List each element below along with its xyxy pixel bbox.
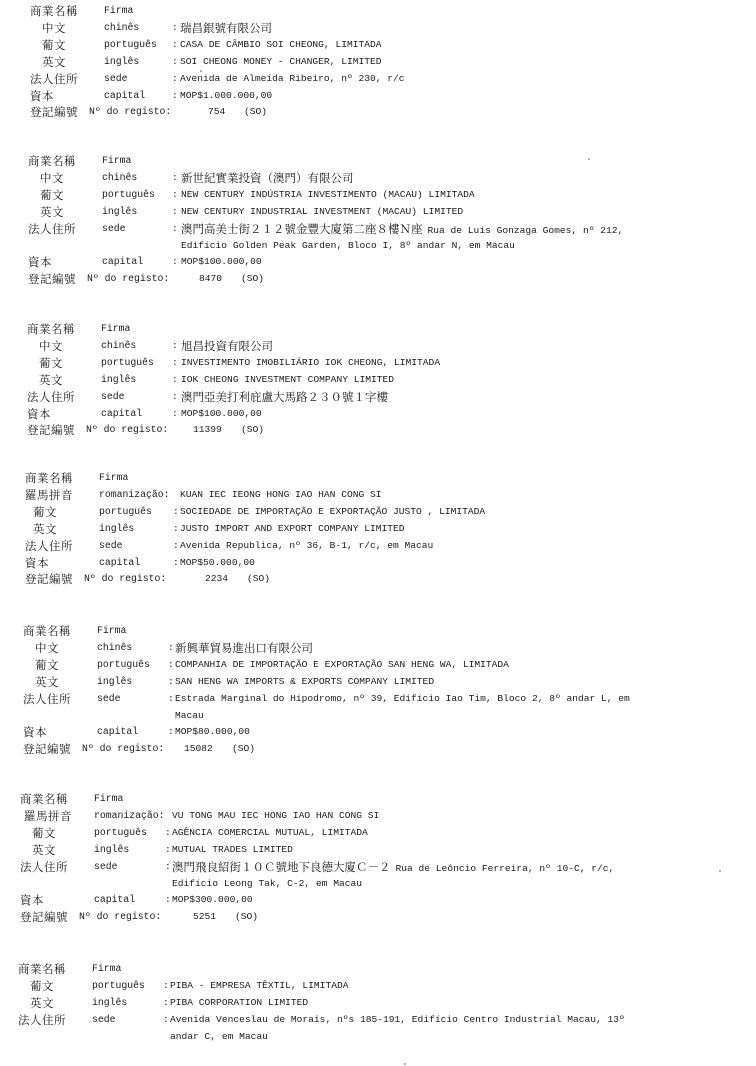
field-value-text: KUAN IEC IEONG HONG IAO HAN CONG SI: [180, 489, 382, 500]
registo-label-cn: 登記編號: [30, 104, 78, 120]
registo-label-pt: Nº do registo:: [86, 422, 168, 438]
field-value-text: AGÊNCIA COMERCIAL MUTUAL, LIMITADA: [172, 827, 368, 838]
field-value-text: MOP$300.000,00: [172, 894, 253, 905]
field-value-text: MOP$80.000,00: [175, 726, 250, 737]
field-value: VU TONG MAU IEC HONG IAO HAN CONG SI: [172, 808, 379, 824]
field-separator: :: [172, 71, 178, 87]
field-value: AGÊNCIA COMERCIAL MUTUAL, LIMITADA: [172, 825, 368, 841]
field-value: Avenida Venceslau de Morais, nºs 185-191…: [170, 1012, 625, 1028]
registo-number: 5251: [193, 909, 216, 925]
field-value: KUAN IEC IEONG HONG IAO HAN CONG SI: [180, 487, 382, 503]
firma-label-pt: Firma: [92, 961, 121, 977]
field-value-continuation: Edifício Leong Tak, C-2, em Macau: [172, 876, 362, 892]
field-label-pt: inglês: [101, 372, 136, 388]
field-value: Avenida Republica, nº 36, B-1, r/c, em M…: [180, 538, 433, 554]
field-label-pt: capital: [101, 406, 142, 422]
field-label-cn: 法人住所: [30, 71, 78, 87]
field-label-pt: chinês: [104, 20, 139, 36]
field-separator: :: [163, 978, 169, 994]
field-label-cn: 羅馬拼音: [24, 808, 72, 824]
field-value: 澳門飛良紹街１０Ｃ號地下良德大廈Ｃ－２Rua de Leôncio Ferrei…: [172, 859, 614, 877]
field-label-pt: chinês: [101, 338, 136, 354]
field-separator: :: [172, 170, 178, 186]
field-label-pt: sede: [104, 71, 128, 87]
field-value: 瑞昌銀號有限公司: [180, 20, 272, 38]
scan-speck: [719, 870, 721, 872]
field-value: 旭昌投資有限公司: [181, 338, 273, 356]
field-label-pt: português: [97, 657, 150, 673]
field-value-text: VU TONG MAU IEC HONG IAO HAN CONG SI: [172, 810, 379, 821]
field-value-text: 新世紀實業投資（澳門）有限公司: [181, 171, 354, 185]
field-value: PIBA CORPORATION LIMITED: [170, 995, 308, 1011]
registo-label-pt: Nº do registo:: [87, 271, 169, 287]
field-value-continuation: Edifício Golden Peak Garden, Bloco I, 8º…: [181, 238, 515, 254]
field-label-pt: sede: [101, 389, 125, 405]
field-value-text: PIBA CORPORATION LIMITED: [170, 997, 308, 1008]
field-separator: :: [168, 674, 174, 690]
field-value: IOK CHEONG INVESTMENT COMPANY LIMITED: [181, 372, 394, 388]
field-separator: :: [172, 88, 178, 104]
field-label-pt: português: [94, 825, 147, 841]
registo-label-pt: Nº do registo:: [82, 741, 164, 757]
field-value-text: 澳門亞美打利庇盧大馬路２３０號１字樓: [181, 390, 388, 404]
field-separator: :: [165, 892, 171, 908]
field-label-cn: 英文: [42, 54, 66, 70]
field-value: SAN HENG WA IMPORTS & EXPORTS COMPANY LI…: [175, 674, 434, 690]
field-label-cn: 法人住所: [23, 691, 71, 707]
field-label-pt: português: [101, 355, 154, 371]
field-label-cn: 法人住所: [27, 389, 75, 405]
field-value-text: MOP$100.000,00: [181, 408, 262, 419]
firma-label-cn: 商業名稱: [27, 321, 75, 337]
field-label-cn: 中文: [35, 640, 59, 656]
registo-tag: (SO): [241, 422, 264, 438]
registo-label-cn: 登記編號: [27, 422, 75, 438]
field-label-cn: 中文: [40, 170, 64, 186]
field-label-cn: 英文: [32, 842, 56, 858]
field-value-text: Avenida Republica, nº 36, B-1, r/c, em M…: [180, 540, 433, 551]
registo-tag: (SO): [241, 271, 264, 287]
field-label-cn: 中文: [39, 338, 63, 354]
registo-number: 15082: [184, 741, 213, 757]
field-value: MOP$100.000,00: [181, 406, 262, 422]
field-label-pt: inglês: [102, 204, 137, 220]
field-label-pt: inglês: [104, 54, 139, 70]
field-value: MOP$1.000.000,00: [180, 88, 272, 104]
field-label-cn: 資本: [25, 555, 49, 571]
field-value-text: MOP$1.000.000,00: [180, 90, 272, 101]
field-separator: :: [173, 521, 179, 537]
field-label-pt: português: [99, 504, 152, 520]
field-separator: :: [165, 825, 171, 841]
field-label-pt: sede: [99, 538, 123, 554]
field-separator: :: [172, 389, 178, 405]
firma-label-cn: 商業名稱: [18, 961, 66, 977]
field-label-pt: português: [92, 978, 145, 994]
field-value-continuation: Macau: [175, 708, 204, 724]
field-value-text: 新興華貿易進出口有限公司: [175, 641, 313, 655]
field-value: Estrada Marginal do Hipodromo, nº 39, Ed…: [175, 691, 630, 707]
field-value-text: PIBA - EMPRESA TÊXTIL, LIMITADA: [170, 980, 348, 991]
field-separator: :: [168, 657, 174, 673]
field-separator: :: [172, 406, 178, 422]
field-label-pt: chinês: [97, 640, 132, 656]
firma-label-pt: Firma: [101, 321, 130, 337]
registo-label-pt: Nº do registo:: [84, 571, 166, 587]
field-value: 新世紀實業投資（澳門）有限公司: [181, 170, 354, 188]
field-separator: :: [172, 187, 178, 203]
firma-label-pt: Firma: [99, 470, 128, 486]
field-label-cn: 資本: [23, 724, 47, 740]
field-label-cn: 葡文: [35, 657, 59, 673]
field-value-pt: Rua de Leôncio Ferreira, nº 10-C, r/c,: [396, 863, 615, 874]
registo-number: 11399: [193, 422, 222, 438]
field-label-pt: capital: [102, 254, 143, 270]
scan-speck: [588, 158, 590, 160]
field-label-cn: 法人住所: [28, 221, 76, 237]
registo-label-cn: 登記編號: [28, 271, 76, 287]
field-value: MOP$80.000,00: [175, 724, 250, 740]
field-value-cn: 澳門高美士街２１２號金豐大廈第二座８樓Ｎ座: [181, 222, 423, 236]
firma-label-pt: Firma: [97, 623, 126, 639]
firma-label-pt: Firma: [104, 3, 133, 19]
registo-number: 754: [208, 104, 225, 120]
field-value-pt: Rua de Luis Gonzaga Gomes, nº 212,: [428, 225, 624, 236]
registo-tag: (SO): [247, 571, 270, 587]
field-label-cn: 法人住所: [20, 859, 68, 875]
field-label-pt: capital: [104, 88, 145, 104]
field-separator: :: [168, 640, 174, 656]
registo-number: 2234: [205, 571, 228, 587]
firma-label-cn: 商業名稱: [28, 153, 76, 169]
field-separator: :: [163, 1012, 169, 1028]
field-label-pt: romanização:: [99, 487, 170, 503]
field-label-cn: 中文: [42, 20, 66, 36]
field-label-cn: 羅馬拼音: [25, 487, 73, 503]
field-separator: :: [173, 504, 179, 520]
field-label-pt: sede: [102, 221, 126, 237]
field-label-cn: 葡文: [40, 187, 64, 203]
firma-label-cn: 商業名稱: [30, 3, 78, 19]
field-value: PIBA - EMPRESA TÊXTIL, LIMITADA: [170, 978, 348, 994]
field-value: Avenida de Almeida Ribeiro, nº 230, r/c: [180, 71, 405, 87]
field-value: JUSTO IMPORT AND EXPORT COMPANY LIMITED: [180, 521, 405, 537]
field-separator: :: [168, 691, 174, 707]
field-label-cn: 資本: [30, 88, 54, 104]
field-label-cn: 葡文: [39, 355, 63, 371]
field-separator: :: [172, 204, 178, 220]
field-label-cn: 法人住所: [25, 538, 73, 554]
field-label-cn: 英文: [35, 674, 59, 690]
field-value: SOCIEDADE DE IMPORTAÇÃO E EXPORTAÇÃO JUS…: [180, 504, 485, 520]
field-value: INVESTIMENTO IMOBILIÁRIO IOK CHEONG, LIM…: [181, 355, 440, 371]
field-value-text: INVESTIMENTO IMOBILIÁRIO IOK CHEONG, LIM…: [181, 357, 440, 368]
field-separator: :: [172, 355, 178, 371]
field-label-cn: 資本: [27, 406, 51, 422]
registo-label-cn: 登記編號: [23, 741, 71, 757]
field-value: MOP$300.000,00: [172, 892, 253, 908]
scan-speck: [200, 70, 202, 72]
firma-label-pt: Firma: [102, 153, 131, 169]
field-value: MOP$50.000,00: [180, 555, 255, 571]
registo-tag: (SO): [244, 104, 267, 120]
field-separator: :: [172, 37, 178, 53]
field-label-pt: capital: [94, 892, 135, 908]
field-separator: :: [173, 538, 179, 554]
field-label-cn: 英文: [40, 204, 64, 220]
field-label-cn: 法人住所: [18, 1012, 66, 1028]
field-value-cn: 澳門飛良紹街１０Ｃ號地下良德大廈Ｃ－２: [172, 860, 391, 874]
scan-speck: [404, 1063, 406, 1065]
field-label-pt: português: [102, 187, 155, 203]
firma-label-pt: Firma: [94, 791, 123, 807]
registo-tag: (SO): [235, 909, 258, 925]
field-value-text: SAN HENG WA IMPORTS & EXPORTS COMPANY LI…: [175, 676, 434, 687]
field-separator: :: [172, 221, 178, 237]
field-label-pt: capital: [99, 555, 140, 571]
registo-label-cn: 登記編號: [25, 571, 73, 587]
field-value: MOP$100.000,00: [181, 254, 262, 270]
field-label-pt: capital: [97, 724, 138, 740]
field-separator: :: [172, 54, 178, 70]
field-separator: :: [165, 859, 171, 875]
field-value-text: MOP$100.000,00: [181, 256, 262, 267]
field-value-text: IOK CHEONG INVESTMENT COMPANY LIMITED: [181, 374, 394, 385]
firma-label-cn: 商業名稱: [20, 791, 68, 807]
field-value-text: 瑞昌銀號有限公司: [180, 21, 272, 35]
field-label-cn: 英文: [30, 995, 54, 1011]
field-value: CASA DE CÂMBIO SOI CHEONG, LIMITADA: [180, 37, 382, 53]
field-label-pt: sede: [97, 691, 121, 707]
field-value-text: COMPANHIA DE IMPORTAÇÃO E EXPORTAÇÃO SAN…: [175, 659, 509, 670]
field-label-pt: inglês: [92, 995, 127, 1011]
field-value-text: SOCIEDADE DE IMPORTAÇÃO E EXPORTAÇÃO JUS…: [180, 506, 485, 517]
field-value: 澳門高美士街２１２號金豐大廈第二座８樓Ｎ座Rua de Luis Gonzaga…: [181, 221, 623, 239]
field-value-text: SOI CHEONG MONEY - CHANGER, LIMITED: [180, 56, 382, 67]
field-separator: :: [172, 338, 178, 354]
field-label-pt: sede: [94, 859, 118, 875]
field-separator: :: [172, 372, 178, 388]
firma-label-cn: 商業名稱: [25, 470, 73, 486]
field-separator: :: [172, 254, 178, 270]
field-label-pt: inglês: [94, 842, 129, 858]
field-value: NEW CENTURY INDÚSTRIA INVESTIMENTO (MACA…: [181, 187, 475, 203]
field-label-pt: sede: [92, 1012, 116, 1028]
field-label-cn: 英文: [39, 372, 63, 388]
firma-label-cn: 商業名稱: [23, 623, 71, 639]
field-value-text: Estrada Marginal do Hipodromo, nº 39, Ed…: [175, 693, 630, 704]
field-value: 新興華貿易進出口有限公司: [175, 640, 313, 658]
field-label-cn: 葡文: [32, 825, 56, 841]
field-value-text: 旭昌投資有限公司: [181, 339, 273, 353]
field-label-cn: 葡文: [33, 504, 57, 520]
field-separator: :: [172, 20, 178, 36]
field-separator: :: [165, 842, 171, 858]
registo-label-pt: Nº do registo:: [89, 104, 171, 120]
field-value-text: MOP$50.000,00: [180, 557, 255, 568]
field-label-cn: 葡文: [30, 978, 54, 994]
field-label-cn: 英文: [33, 521, 57, 537]
field-label-pt: romanização:: [94, 808, 165, 824]
field-label-pt: inglês: [99, 521, 134, 537]
field-label-pt: português: [104, 37, 157, 53]
field-label-pt: inglês: [97, 674, 132, 690]
field-value-text: CASA DE CÂMBIO SOI CHEONG, LIMITADA: [180, 39, 382, 50]
registo-number: 8470: [199, 271, 222, 287]
field-separator: :: [173, 555, 179, 571]
field-value-text: NEW CENTURY INDÚSTRIA INVESTIMENTO (MACA…: [181, 189, 475, 200]
field-label-cn: 資本: [20, 892, 44, 908]
field-value: SOI CHEONG MONEY - CHANGER, LIMITED: [180, 54, 382, 70]
registo-label-cn: 登記編號: [20, 909, 68, 925]
field-label-pt: chinês: [102, 170, 137, 186]
field-value-text: Avenida Venceslau de Morais, nºs 185-191…: [170, 1014, 625, 1025]
registo-tag: (SO): [232, 741, 255, 757]
field-value: 澳門亞美打利庇盧大馬路２３０號１字樓: [181, 389, 388, 407]
field-separator: :: [168, 724, 174, 740]
field-value-text: NEW CENTURY INDUSTRIAL INVESTMENT (MACAU…: [181, 206, 463, 217]
field-label-cn: 葡文: [42, 37, 66, 53]
field-value: COMPANHIA DE IMPORTAÇÃO E EXPORTAÇÃO SAN…: [175, 657, 509, 673]
field-value: MUTUAL TRADES LIMITED: [172, 842, 293, 858]
field-value-text: Avenida de Almeida Ribeiro, nº 230, r/c: [180, 73, 405, 84]
field-value-text: MUTUAL TRADES LIMITED: [172, 844, 293, 855]
field-separator: :: [163, 995, 169, 1011]
field-value-text: JUSTO IMPORT AND EXPORT COMPANY LIMITED: [180, 523, 405, 534]
field-value-continuation: andar C, em Macau: [170, 1029, 268, 1045]
field-label-cn: 資本: [28, 254, 52, 270]
field-value: NEW CENTURY INDUSTRIAL INVESTMENT (MACAU…: [181, 204, 463, 220]
registo-label-pt: Nº do registo:: [79, 909, 161, 925]
